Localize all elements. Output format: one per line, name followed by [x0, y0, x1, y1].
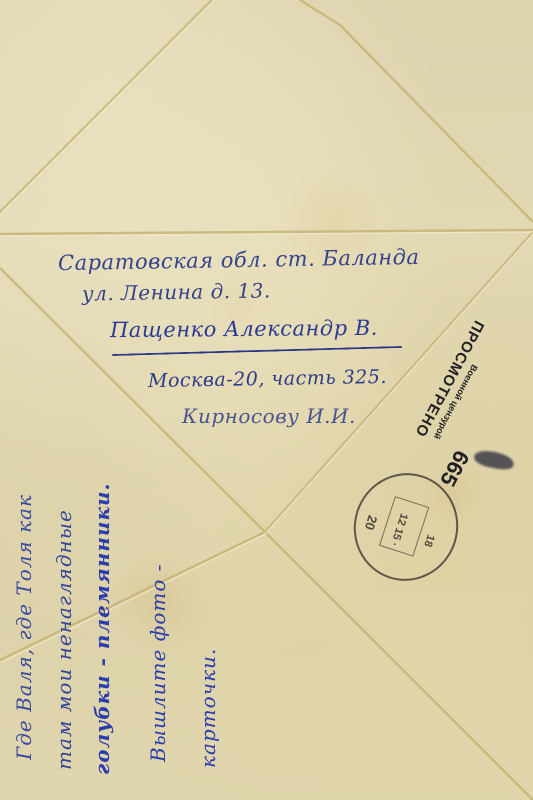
destination-address: Москва-20, часть 325. — [148, 366, 387, 392]
envelope: Саратовская обл. ст. Баланда ул. Ленина … — [0, 0, 533, 800]
sender-name: Пащенко Александр В. — [110, 316, 378, 342]
address-line-region: Саратовская обл. ст. Баланда — [58, 245, 420, 275]
censor-stamp-number: 665 — [434, 446, 474, 491]
side-note-line-5: карточки. — [196, 648, 220, 768]
side-note-line-1: Где Валя, где Толя как — [12, 494, 36, 760]
postmark-top: 20 — [362, 514, 381, 532]
side-note-line-2: там мои ненаглядные — [52, 509, 76, 770]
recipient-name: Кирносову И.И. — [182, 404, 356, 428]
side-note-line-4: Вышлите фото - — [146, 563, 170, 762]
address-line-street: ул. Ленина д. 13. — [82, 278, 271, 305]
postmark-bottom: 18 — [421, 533, 436, 548]
side-note-line-3: голубки - племянники. — [90, 482, 114, 775]
name-underline — [112, 346, 402, 356]
